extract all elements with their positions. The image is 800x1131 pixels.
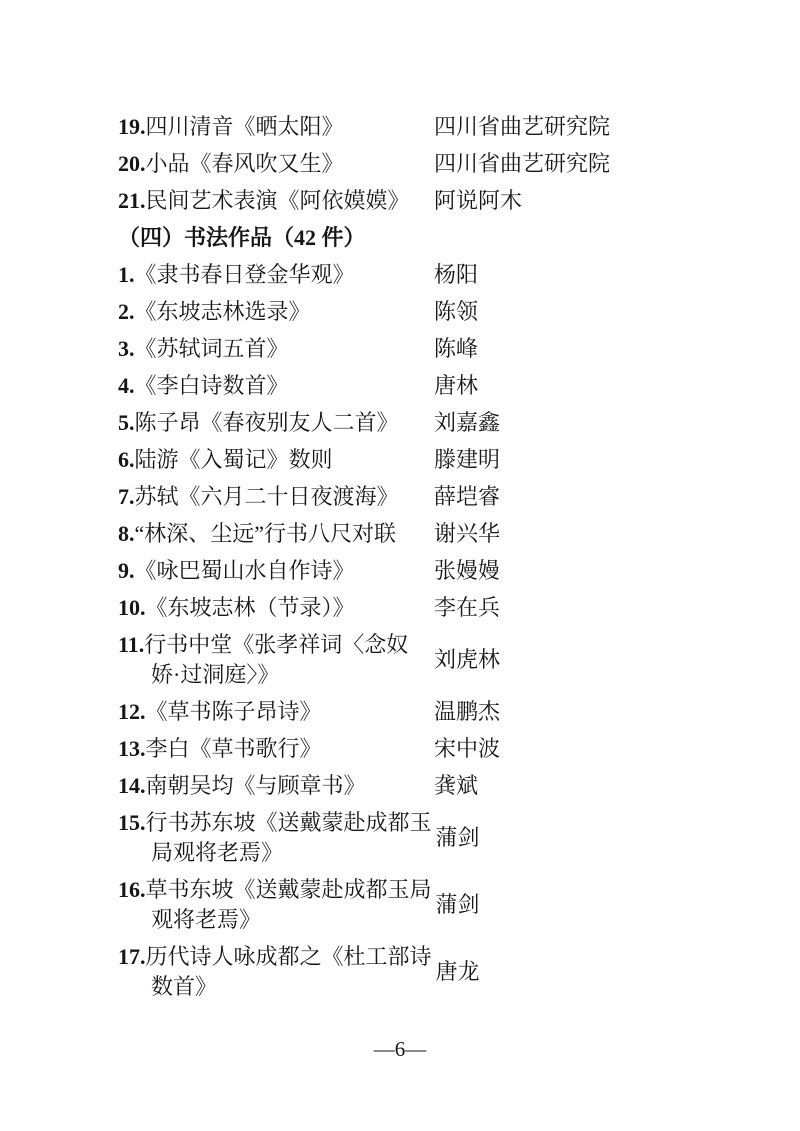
item-title-text: 小品《春风吹又生》 [146, 151, 344, 176]
item-number: 16. [118, 877, 146, 902]
item-author: 蒲剑 [432, 890, 682, 920]
item-title-text: 《李白诗数首》 [135, 373, 289, 398]
item-title-text: 南朝吴均《与顾章书》 [146, 773, 366, 798]
list-item: 14.南朝吴均《与顾章书》 龚斌 [118, 771, 682, 801]
item-number: 1. [118, 262, 135, 287]
item-title: 1.《隶书春日登金华观》 [118, 260, 430, 290]
item-title: 9.《咏巴蜀山水自作诗》 [118, 556, 430, 586]
item-number: 20. [118, 151, 146, 176]
item-title: 2.《东坡志林选录》 [118, 297, 430, 327]
item-number: 19. [118, 114, 146, 139]
list-item: 3.《苏轼词五首》 陈峰 [118, 334, 682, 364]
item-number: 10. [118, 595, 146, 620]
item-title: 4.《李白诗数首》 [118, 371, 430, 401]
item-title: 3.《苏轼词五首》 [118, 334, 430, 364]
item-title-text: 历代诗人咏成都之《杜工部诗 数首》 [146, 944, 432, 999]
item-author: 张嫚嫚 [430, 556, 682, 586]
item-title-text: 苏轼《六月二十日夜渡海》 [135, 484, 399, 509]
list-item: 19.四川清音《晒太阳》 四川省曲艺研究院 [118, 112, 682, 142]
item-number: 8. [118, 521, 135, 546]
list-item: 4.《李白诗数首》 唐林 [118, 371, 682, 401]
item-title-text: 《隶书春日登金华观》 [135, 262, 355, 287]
list-item: 15.行书苏东坡《送戴蒙赴成都玉 局观将老焉》 蒲剑 [118, 808, 682, 868]
item-title-text: 草书东坡《送戴蒙赴成都玉局 观将老焉》 [146, 877, 432, 932]
item-author: 四川省曲艺研究院 [430, 149, 682, 179]
item-title: 20.小品《春风吹又生》 [118, 149, 430, 179]
list-item: 10.《东坡志林（节录）》 李在兵 [118, 593, 682, 623]
item-title: 6.陆游《入蜀记》数则 [118, 445, 430, 475]
item-author: 四川省曲艺研究院 [430, 112, 682, 142]
item-number: 15. [118, 810, 146, 835]
item-title: 19.四川清音《晒太阳》 [118, 112, 430, 142]
item-author: 唐林 [430, 371, 682, 401]
item-title: 12.《草书陈子昂诗》 [118, 697, 430, 727]
item-title: 7.苏轼《六月二十日夜渡海》 [118, 482, 430, 512]
section-heading: （四）书法作品（42 件） [118, 223, 682, 253]
list-item: 11.行书中堂《张孝祥词〈念奴 娇·过洞庭〉》 刘虎林 [118, 630, 682, 690]
item-title: 17.历代诗人咏成都之《杜工部诗 数首》 [118, 942, 432, 1002]
item-title: 14.南朝吴均《与顾章书》 [118, 771, 430, 801]
item-number: 21. [118, 188, 146, 213]
item-number: 3. [118, 336, 135, 361]
item-author: 刘嘉鑫 [430, 408, 682, 438]
item-author: 温鹏杰 [430, 697, 682, 727]
item-title: 5.陈子昂《春夜别友人二首》 [118, 408, 430, 438]
item-title-text: 《东坡志林选录》 [135, 299, 311, 324]
item-author: 刘虎林 [430, 645, 682, 675]
item-title-text: 《东坡志林（节录）》 [146, 595, 355, 620]
item-number: 9. [118, 558, 135, 583]
item-number: 12. [118, 699, 146, 724]
item-title-text: 《苏轼词五首》 [135, 336, 289, 361]
page-number: —6— [0, 1036, 800, 1062]
item-number: 13. [118, 736, 146, 761]
item-author: 阿说阿木 [430, 186, 682, 216]
item-author: 龚斌 [430, 771, 682, 801]
item-author: 蒲剑 [432, 823, 682, 853]
item-title: 21.民间艺术表演《阿依嫫嫫》 [118, 186, 430, 216]
item-title: 13.李白《草书歌行》 [118, 734, 430, 764]
list-item: 20.小品《春风吹又生》 四川省曲艺研究院 [118, 149, 682, 179]
list-item: 2.《东坡志林选录》 陈领 [118, 297, 682, 327]
item-number: 5. [118, 410, 135, 435]
item-number: 2. [118, 299, 135, 324]
item-author: 谢兴华 [430, 519, 682, 549]
item-title: 10.《东坡志林（节录）》 [118, 593, 430, 623]
item-title-text: 《草书陈子昂诗》 [146, 699, 322, 724]
list-item: 17.历代诗人咏成都之《杜工部诗 数首》 唐龙 [118, 942, 682, 1002]
list-item: 8.“林深、尘远”行书八尺对联 谢兴华 [118, 519, 682, 549]
list-item: 9.《咏巴蜀山水自作诗》 张嫚嫚 [118, 556, 682, 586]
item-title-text: 陆游《入蜀记》数则 [135, 447, 333, 472]
item-author: 杨阳 [430, 260, 682, 290]
item-number: 4. [118, 373, 135, 398]
item-author: 唐龙 [432, 957, 682, 987]
item-number: 6. [118, 447, 135, 472]
item-title-text: 行书苏东坡《送戴蒙赴成都玉 局观将老焉》 [146, 810, 432, 865]
item-number: 7. [118, 484, 135, 509]
item-title-text: 李白《草书歌行》 [146, 736, 322, 761]
item-author: 滕建明 [430, 445, 682, 475]
list-item: 6.陆游《入蜀记》数则 滕建明 [118, 445, 682, 475]
item-author: 宋中波 [430, 734, 682, 764]
item-number: 17. [118, 944, 146, 969]
item-number: 11. [118, 632, 144, 657]
item-title-text: 民间艺术表演《阿依嫫嫫》 [146, 188, 410, 213]
item-number: 14. [118, 773, 146, 798]
item-title-text: 《咏巴蜀山水自作诗》 [135, 558, 355, 583]
item-title: 8.“林深、尘远”行书八尺对联 [118, 519, 430, 549]
list-item: 12.《草书陈子昂诗》 温鹏杰 [118, 697, 682, 727]
item-title-text: 四川清音《晒太阳》 [146, 114, 344, 139]
document-page: 19.四川清音《晒太阳》 四川省曲艺研究院 20.小品《春风吹又生》 四川省曲艺… [0, 0, 800, 1131]
item-title-text: 陈子昂《春夜别友人二首》 [135, 410, 399, 435]
item-title-text: “林深、尘远”行书八尺对联 [135, 521, 397, 546]
works-list: 19.四川清音《晒太阳》 四川省曲艺研究院 20.小品《春风吹又生》 四川省曲艺… [118, 112, 682, 1009]
item-title-text: 行书中堂《张孝祥词〈念奴 娇·过洞庭〉》 [144, 632, 408, 687]
list-item: 7.苏轼《六月二十日夜渡海》 薛垲睿 [118, 482, 682, 512]
list-item: 13.李白《草书歌行》 宋中波 [118, 734, 682, 764]
item-title: 15.行书苏东坡《送戴蒙赴成都玉 局观将老焉》 [118, 808, 432, 868]
list-item: 1.《隶书春日登金华观》 杨阳 [118, 260, 682, 290]
list-item: 16.草书东坡《送戴蒙赴成都玉局 观将老焉》 蒲剑 [118, 875, 682, 935]
list-item: 5.陈子昂《春夜别友人二首》 刘嘉鑫 [118, 408, 682, 438]
item-author: 薛垲睿 [430, 482, 682, 512]
list-item: 21.民间艺术表演《阿依嫫嫫》 阿说阿木 [118, 186, 682, 216]
item-author: 陈峰 [430, 334, 682, 364]
item-author: 李在兵 [430, 593, 682, 623]
item-title: 11.行书中堂《张孝祥词〈念奴 娇·过洞庭〉》 [118, 630, 430, 690]
item-title: 16.草书东坡《送戴蒙赴成都玉局 观将老焉》 [118, 875, 432, 935]
item-author: 陈领 [430, 297, 682, 327]
